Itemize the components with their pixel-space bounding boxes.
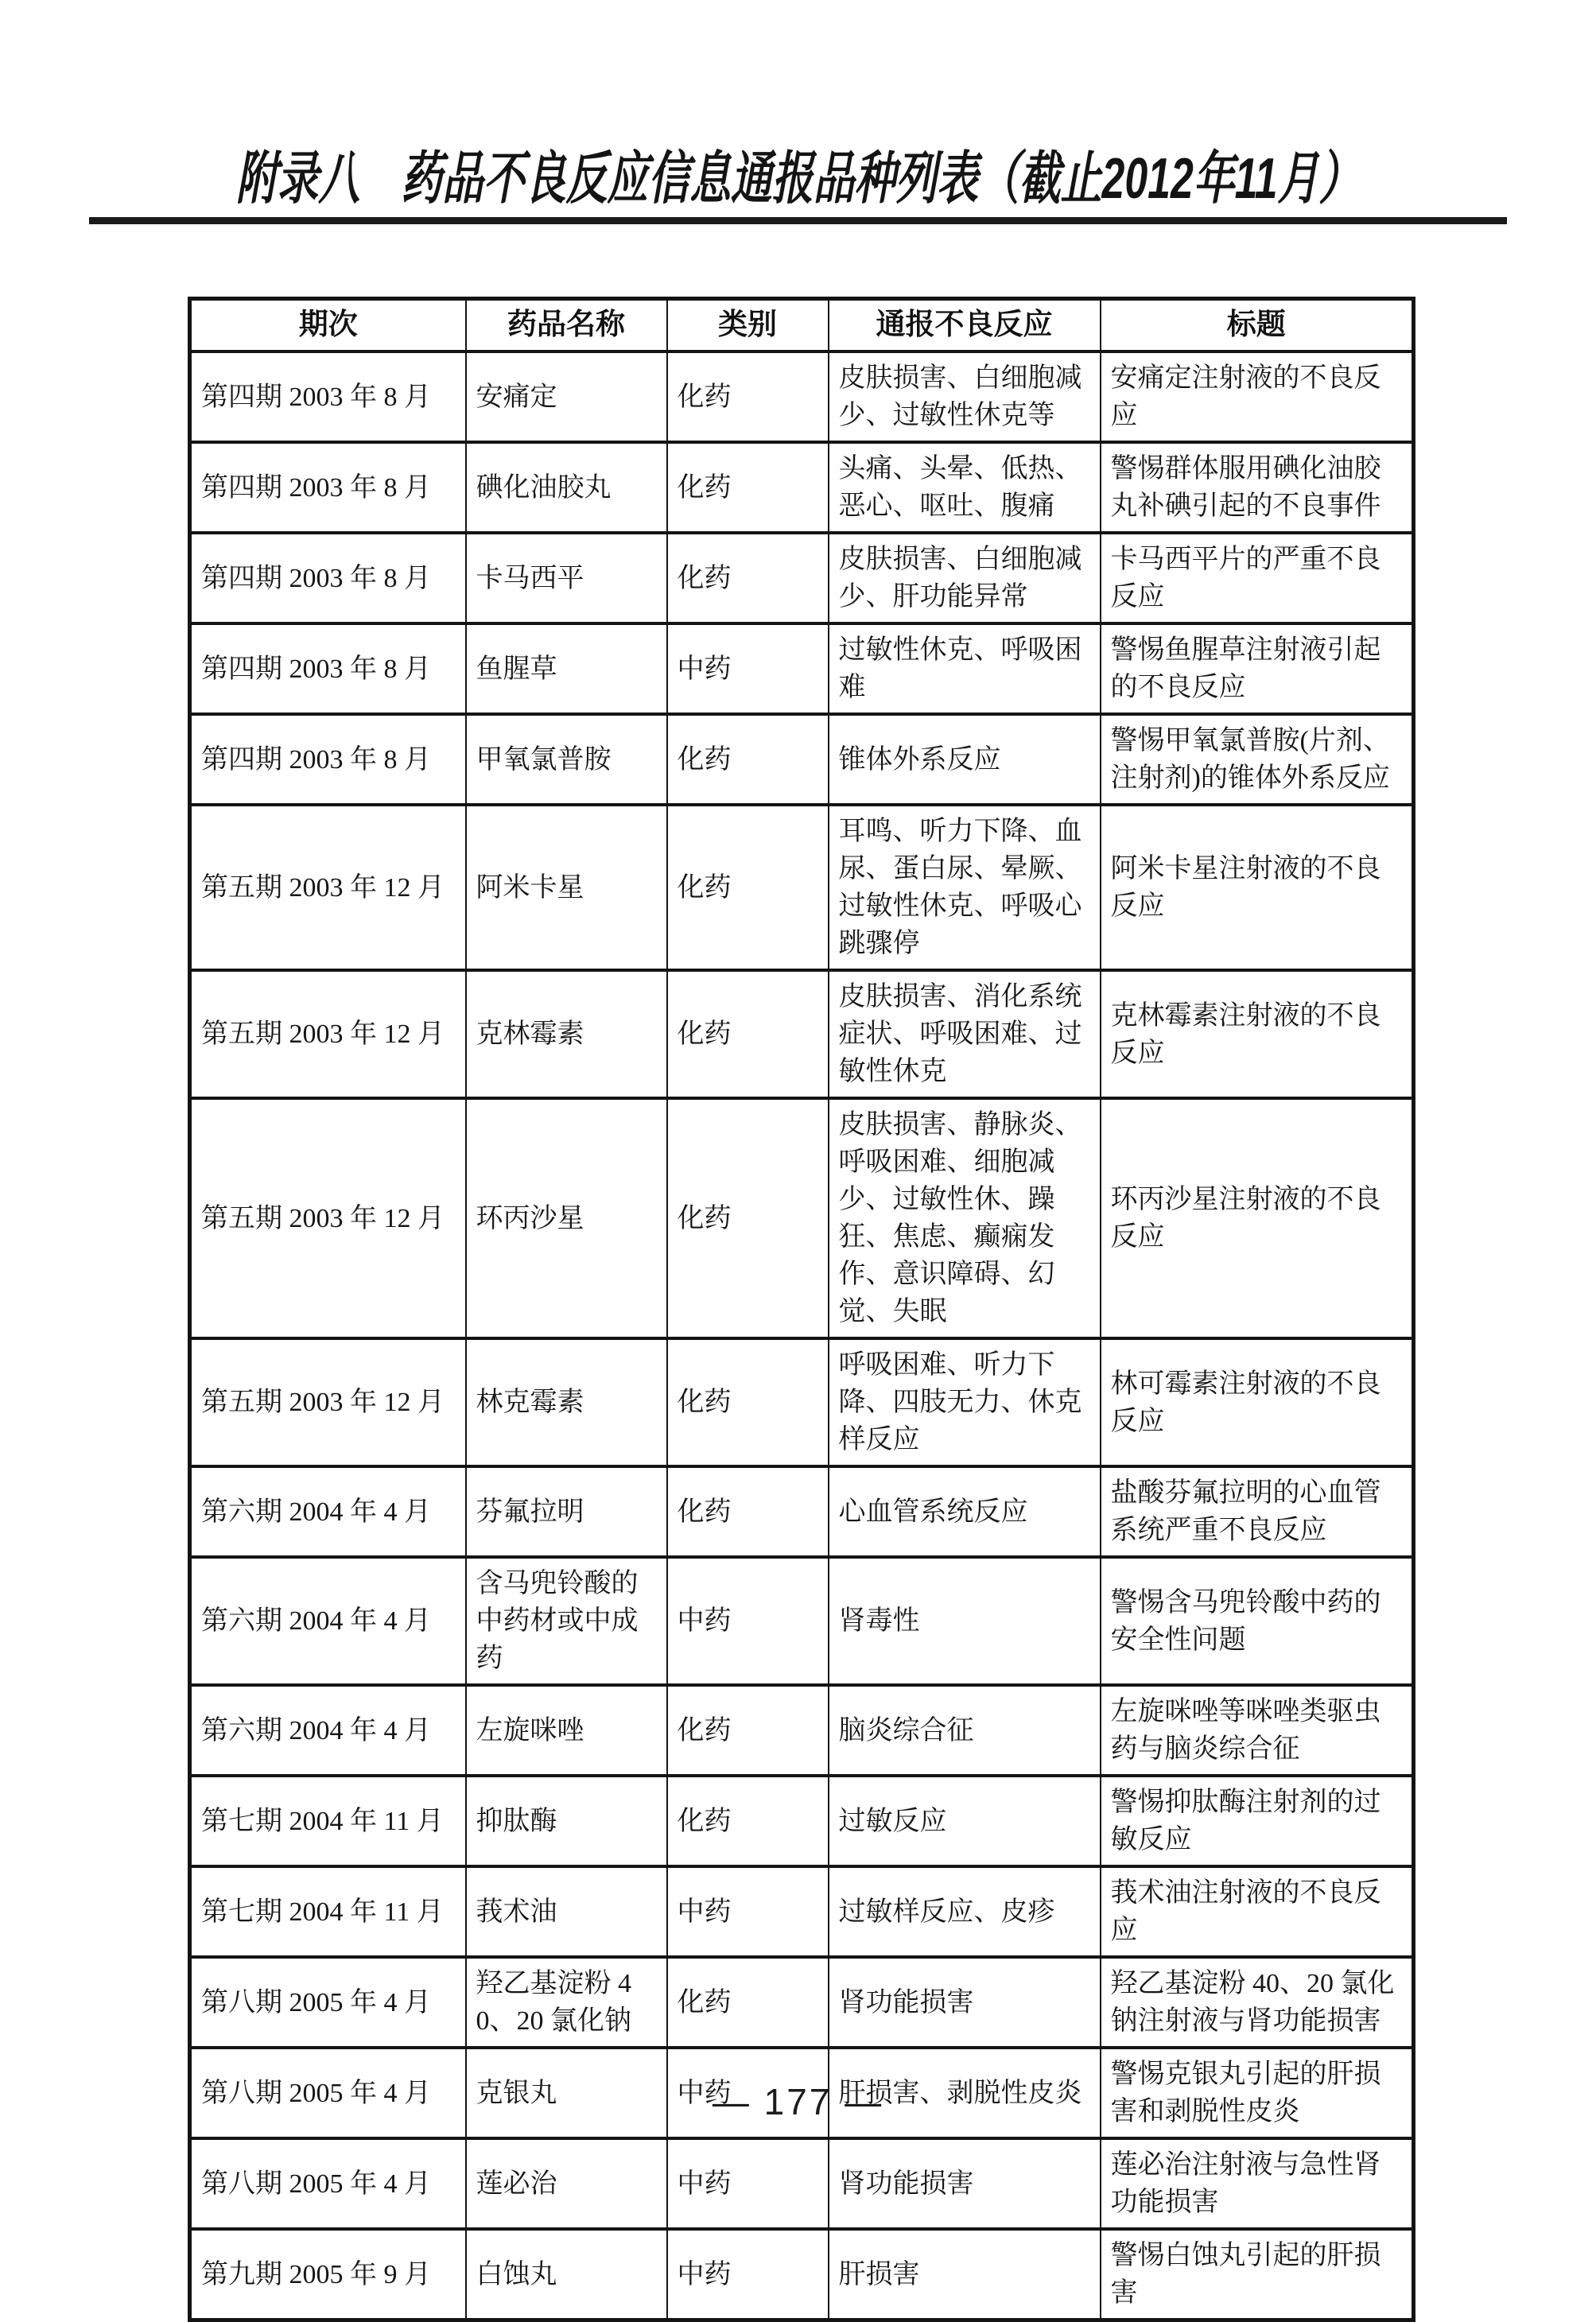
reactions-cell: 肝损害 xyxy=(829,2229,1101,2320)
reactions-cell: 肾功能损害 xyxy=(829,1957,1101,2048)
table-row: 第五期 2003 年 12 月 林克霉素 化药 呼吸困难、听力下降、四肢无力、休… xyxy=(190,1338,1414,1466)
reactions-cell: 皮肤损害、静脉炎、呼吸困难、细胞减少、过敏性休、躁狂、焦虑、癫痫发作、意识障碍、… xyxy=(829,1098,1101,1338)
table-row: 第四期 2003 年 8 月 甲氧氯普胺 化药 锥体外系反应 警惕甲氧氯普胺(片… xyxy=(190,714,1414,805)
category-cell: 化药 xyxy=(667,1776,829,1866)
bulletin-title-cell: 安痛定注射液的不良反应 xyxy=(1101,351,1414,442)
period-cell: 第六期 2004 年 4 月 xyxy=(190,1466,466,1557)
category-cell: 化药 xyxy=(667,1685,829,1776)
column-header-reactions: 通报不良反应 xyxy=(829,299,1101,352)
drug-name-cell: 含马兜铃酸的中药材或中成药 xyxy=(466,1557,667,1685)
period-cell: 第四期 2003 年 8 月 xyxy=(190,714,466,805)
bulletin-title-cell: 警惕含马兜铃酸中药的安全性问题 xyxy=(1101,1557,1414,1685)
category-cell: 化药 xyxy=(667,351,829,442)
bulletin-title-cell: 阿米卡星注射液的不良反应 xyxy=(1101,805,1414,970)
bulletin-title-cell: 环丙沙星注射液的不良反应 xyxy=(1101,1098,1414,1338)
drug-name-cell: 白蚀丸 xyxy=(466,2229,667,2320)
bulletin-title-cell: 羟乙基淀粉 40、20 氯化钠注射液与肾功能损害 xyxy=(1101,1957,1414,2048)
drug-name-cell: 阿米卡星 xyxy=(466,805,667,970)
bulletin-title-cell: 警惕群体服用碘化油胶丸补碘引起的不良事件 xyxy=(1101,442,1414,533)
column-header-title: 标题 xyxy=(1101,299,1414,352)
bulletin-title-cell: 警惕抑肽酶注射剂的过敏反应 xyxy=(1101,1776,1414,1866)
period-cell: 第五期 2003 年 12 月 xyxy=(190,1098,466,1338)
category-cell: 化药 xyxy=(667,442,829,533)
reactions-cell: 呼吸困难、听力下降、四肢无力、休克样反应 xyxy=(829,1338,1101,1466)
reactions-cell: 心血管系统反应 xyxy=(829,1466,1101,1557)
category-cell: 化药 xyxy=(667,533,829,623)
table-row: 第五期 2003 年 12 月 环丙沙星 化药 皮肤损害、静脉炎、呼吸困难、细胞… xyxy=(190,1098,1414,1338)
table-row: 第八期 2005 年 4 月 莲必治 中药 肾功能损害 莲必治注射液与急性肾功能… xyxy=(190,2138,1414,2229)
drug-name-cell: 环丙沙星 xyxy=(466,1098,667,1338)
period-cell: 第六期 2004 年 4 月 xyxy=(190,1685,466,1776)
category-cell: 中药 xyxy=(667,1866,829,1957)
category-cell: 中药 xyxy=(667,1557,829,1685)
table-row: 第九期 2005 年 9 月 白蚀丸 中药 肝损害 警惕白蚀丸引起的肝损害 xyxy=(190,2229,1414,2320)
adr-table-container: 期次 药品名称 类别 通报不良反应 标题 第四期 2003 年 8 月 安痛定 … xyxy=(188,297,1412,2322)
category-cell: 化药 xyxy=(667,1338,829,1466)
table-row: 第八期 2005 年 4 月 羟乙基淀粉 40、20 氯化钠 化药 肾功能损害 … xyxy=(190,1957,1414,2048)
category-cell: 中药 xyxy=(667,2138,829,2229)
adr-table: 期次 药品名称 类别 通报不良反应 标题 第四期 2003 年 8 月 安痛定 … xyxy=(188,297,1415,2322)
bulletin-title-cell: 左旋咪唑等咪唑类驱虫药与脑炎综合征 xyxy=(1101,1685,1414,1776)
period-cell: 第四期 2003 年 8 月 xyxy=(190,623,466,714)
drug-name-cell: 林克霉素 xyxy=(466,1338,667,1466)
table-row: 第七期 2004 年 11 月 抑肽酶 化药 过敏反应 警惕抑肽酶注射剂的过敏反… xyxy=(190,1776,1414,1866)
reactions-cell: 皮肤损害、白细胞减少、过敏性休克等 xyxy=(829,351,1101,442)
reactions-cell: 耳鸣、听力下降、血尿、蛋白尿、晕厥、过敏性休克、呼吸心跳骤停 xyxy=(829,805,1101,970)
page-title: 附录八 药品不良反应信息通报品种列表（截止2012年11月） xyxy=(223,148,1373,211)
drug-name-cell: 卡马西平 xyxy=(466,533,667,623)
period-cell: 第八期 2005 年 4 月 xyxy=(190,1957,466,2048)
drug-name-cell: 莲必治 xyxy=(466,2138,667,2229)
table-row: 第五期 2003 年 12 月 阿米卡星 化药 耳鸣、听力下降、血尿、蛋白尿、晕… xyxy=(190,805,1414,970)
column-header-drug: 药品名称 xyxy=(466,299,667,352)
column-header-period: 期次 xyxy=(190,299,466,352)
period-cell: 第五期 2003 年 12 月 xyxy=(190,805,466,970)
bulletin-title-cell: 卡马西平片的严重不良反应 xyxy=(1101,533,1414,623)
drug-name-cell: 碘化油胶丸 xyxy=(466,442,667,533)
drug-name-cell: 芬氟拉明 xyxy=(466,1466,667,1557)
category-cell: 化药 xyxy=(667,714,829,805)
reactions-cell: 肾毒性 xyxy=(829,1557,1101,1685)
reactions-cell: 脑炎综合征 xyxy=(829,1685,1101,1776)
table-row: 第六期 2004 年 4 月 芬氟拉明 化药 心血管系统反应 盐酸芬氟拉明的心血… xyxy=(190,1466,1414,1557)
reactions-cell: 头痛、头晕、低热、恶心、呕吐、腹痛 xyxy=(829,442,1101,533)
drug-name-cell: 羟乙基淀粉 40、20 氯化钠 xyxy=(466,1957,667,2048)
table-row: 第四期 2003 年 8 月 碘化油胶丸 化药 头痛、头晕、低热、恶心、呕吐、腹… xyxy=(190,442,1414,533)
table-row: 第四期 2003 年 8 月 鱼腥草 中药 过敏性休克、呼吸困难 警惕鱼腥草注射… xyxy=(190,623,1414,714)
bulletin-title-cell: 莲必治注射液与急性肾功能损害 xyxy=(1101,2138,1414,2229)
drug-name-cell: 鱼腥草 xyxy=(466,623,667,714)
reactions-cell: 皮肤损害、消化系统症状、呼吸困难、过敏性休克 xyxy=(829,970,1101,1098)
table-body: 第四期 2003 年 8 月 安痛定 化药 皮肤损害、白细胞减少、过敏性休克等 … xyxy=(190,351,1414,2320)
period-cell: 第四期 2003 年 8 月 xyxy=(190,533,466,623)
period-cell: 第五期 2003 年 12 月 xyxy=(190,1338,466,1466)
period-cell: 第九期 2005 年 9 月 xyxy=(190,2229,466,2320)
table-row: 第七期 2004 年 11 月 莪术油 中药 过敏样反应、皮疹 莪术油注射液的不… xyxy=(190,1866,1414,1957)
drug-name-cell: 安痛定 xyxy=(466,351,667,442)
reactions-cell: 肾功能损害 xyxy=(829,2138,1101,2229)
period-cell: 第六期 2004 年 4 月 xyxy=(190,1557,466,1685)
bulletin-title-cell: 克林霉素注射液的不良反应 xyxy=(1101,970,1414,1098)
category-cell: 化药 xyxy=(667,1957,829,2048)
period-cell: 第四期 2003 年 8 月 xyxy=(190,442,466,533)
table-row: 第六期 2004 年 4 月 左旋咪唑 化药 脑炎综合征 左旋咪唑等咪唑类驱虫药… xyxy=(190,1685,1414,1776)
period-cell: 第八期 2005 年 4 月 xyxy=(190,2138,466,2229)
category-cell: 化药 xyxy=(667,1466,829,1557)
drug-name-cell: 莪术油 xyxy=(466,1866,667,1957)
table-row: 第五期 2003 年 12 月 克林霉素 化药 皮肤损害、消化系统症状、呼吸困难… xyxy=(190,970,1414,1098)
reactions-cell: 过敏反应 xyxy=(829,1776,1101,1866)
page-number: — 177 — xyxy=(0,2080,1596,2123)
drug-name-cell: 左旋咪唑 xyxy=(466,1685,667,1776)
period-cell: 第七期 2004 年 11 月 xyxy=(190,1866,466,1957)
category-cell: 中药 xyxy=(667,2229,829,2320)
reactions-cell: 锥体外系反应 xyxy=(829,714,1101,805)
reactions-cell: 过敏性休克、呼吸困难 xyxy=(829,623,1101,714)
bulletin-title-cell: 警惕鱼腥草注射液引起的不良反应 xyxy=(1101,623,1414,714)
drug-name-cell: 抑肽酶 xyxy=(466,1776,667,1866)
category-cell: 中药 xyxy=(667,623,829,714)
title-divider xyxy=(89,217,1507,224)
table-row: 第四期 2003 年 8 月 卡马西平 化药 皮肤损害、白细胞减少、肝功能异常 … xyxy=(190,533,1414,623)
bulletin-title-cell: 警惕白蚀丸引起的肝损害 xyxy=(1101,2229,1414,2320)
category-cell: 化药 xyxy=(667,805,829,970)
period-cell: 第五期 2003 年 12 月 xyxy=(190,970,466,1098)
table-row: 第四期 2003 年 8 月 安痛定 化药 皮肤损害、白细胞减少、过敏性休克等 … xyxy=(190,351,1414,442)
bulletin-title-cell: 林可霉素注射液的不良反应 xyxy=(1101,1338,1414,1466)
period-cell: 第七期 2004 年 11 月 xyxy=(190,1776,466,1866)
header-row: 期次 药品名称 类别 通报不良反应 标题 xyxy=(190,299,1414,352)
bulletin-title-cell: 警惕甲氧氯普胺(片剂、注射剂)的锥体外系反应 xyxy=(1101,714,1414,805)
column-header-category: 类别 xyxy=(667,299,829,352)
drug-name-cell: 克林霉素 xyxy=(466,970,667,1098)
reactions-cell: 过敏样反应、皮疹 xyxy=(829,1866,1101,1957)
bulletin-title-cell: 盐酸芬氟拉明的心血管系统严重不良反应 xyxy=(1101,1466,1414,1557)
bulletin-title-cell: 莪术油注射液的不良反应 xyxy=(1101,1866,1414,1957)
reactions-cell: 皮肤损害、白细胞减少、肝功能异常 xyxy=(829,533,1101,623)
category-cell: 化药 xyxy=(667,970,829,1098)
category-cell: 化药 xyxy=(667,1098,829,1338)
table-row: 第六期 2004 年 4 月 含马兜铃酸的中药材或中成药 中药 肾毒性 警惕含马… xyxy=(190,1557,1414,1685)
drug-name-cell: 甲氧氯普胺 xyxy=(466,714,667,805)
period-cell: 第四期 2003 年 8 月 xyxy=(190,351,466,442)
